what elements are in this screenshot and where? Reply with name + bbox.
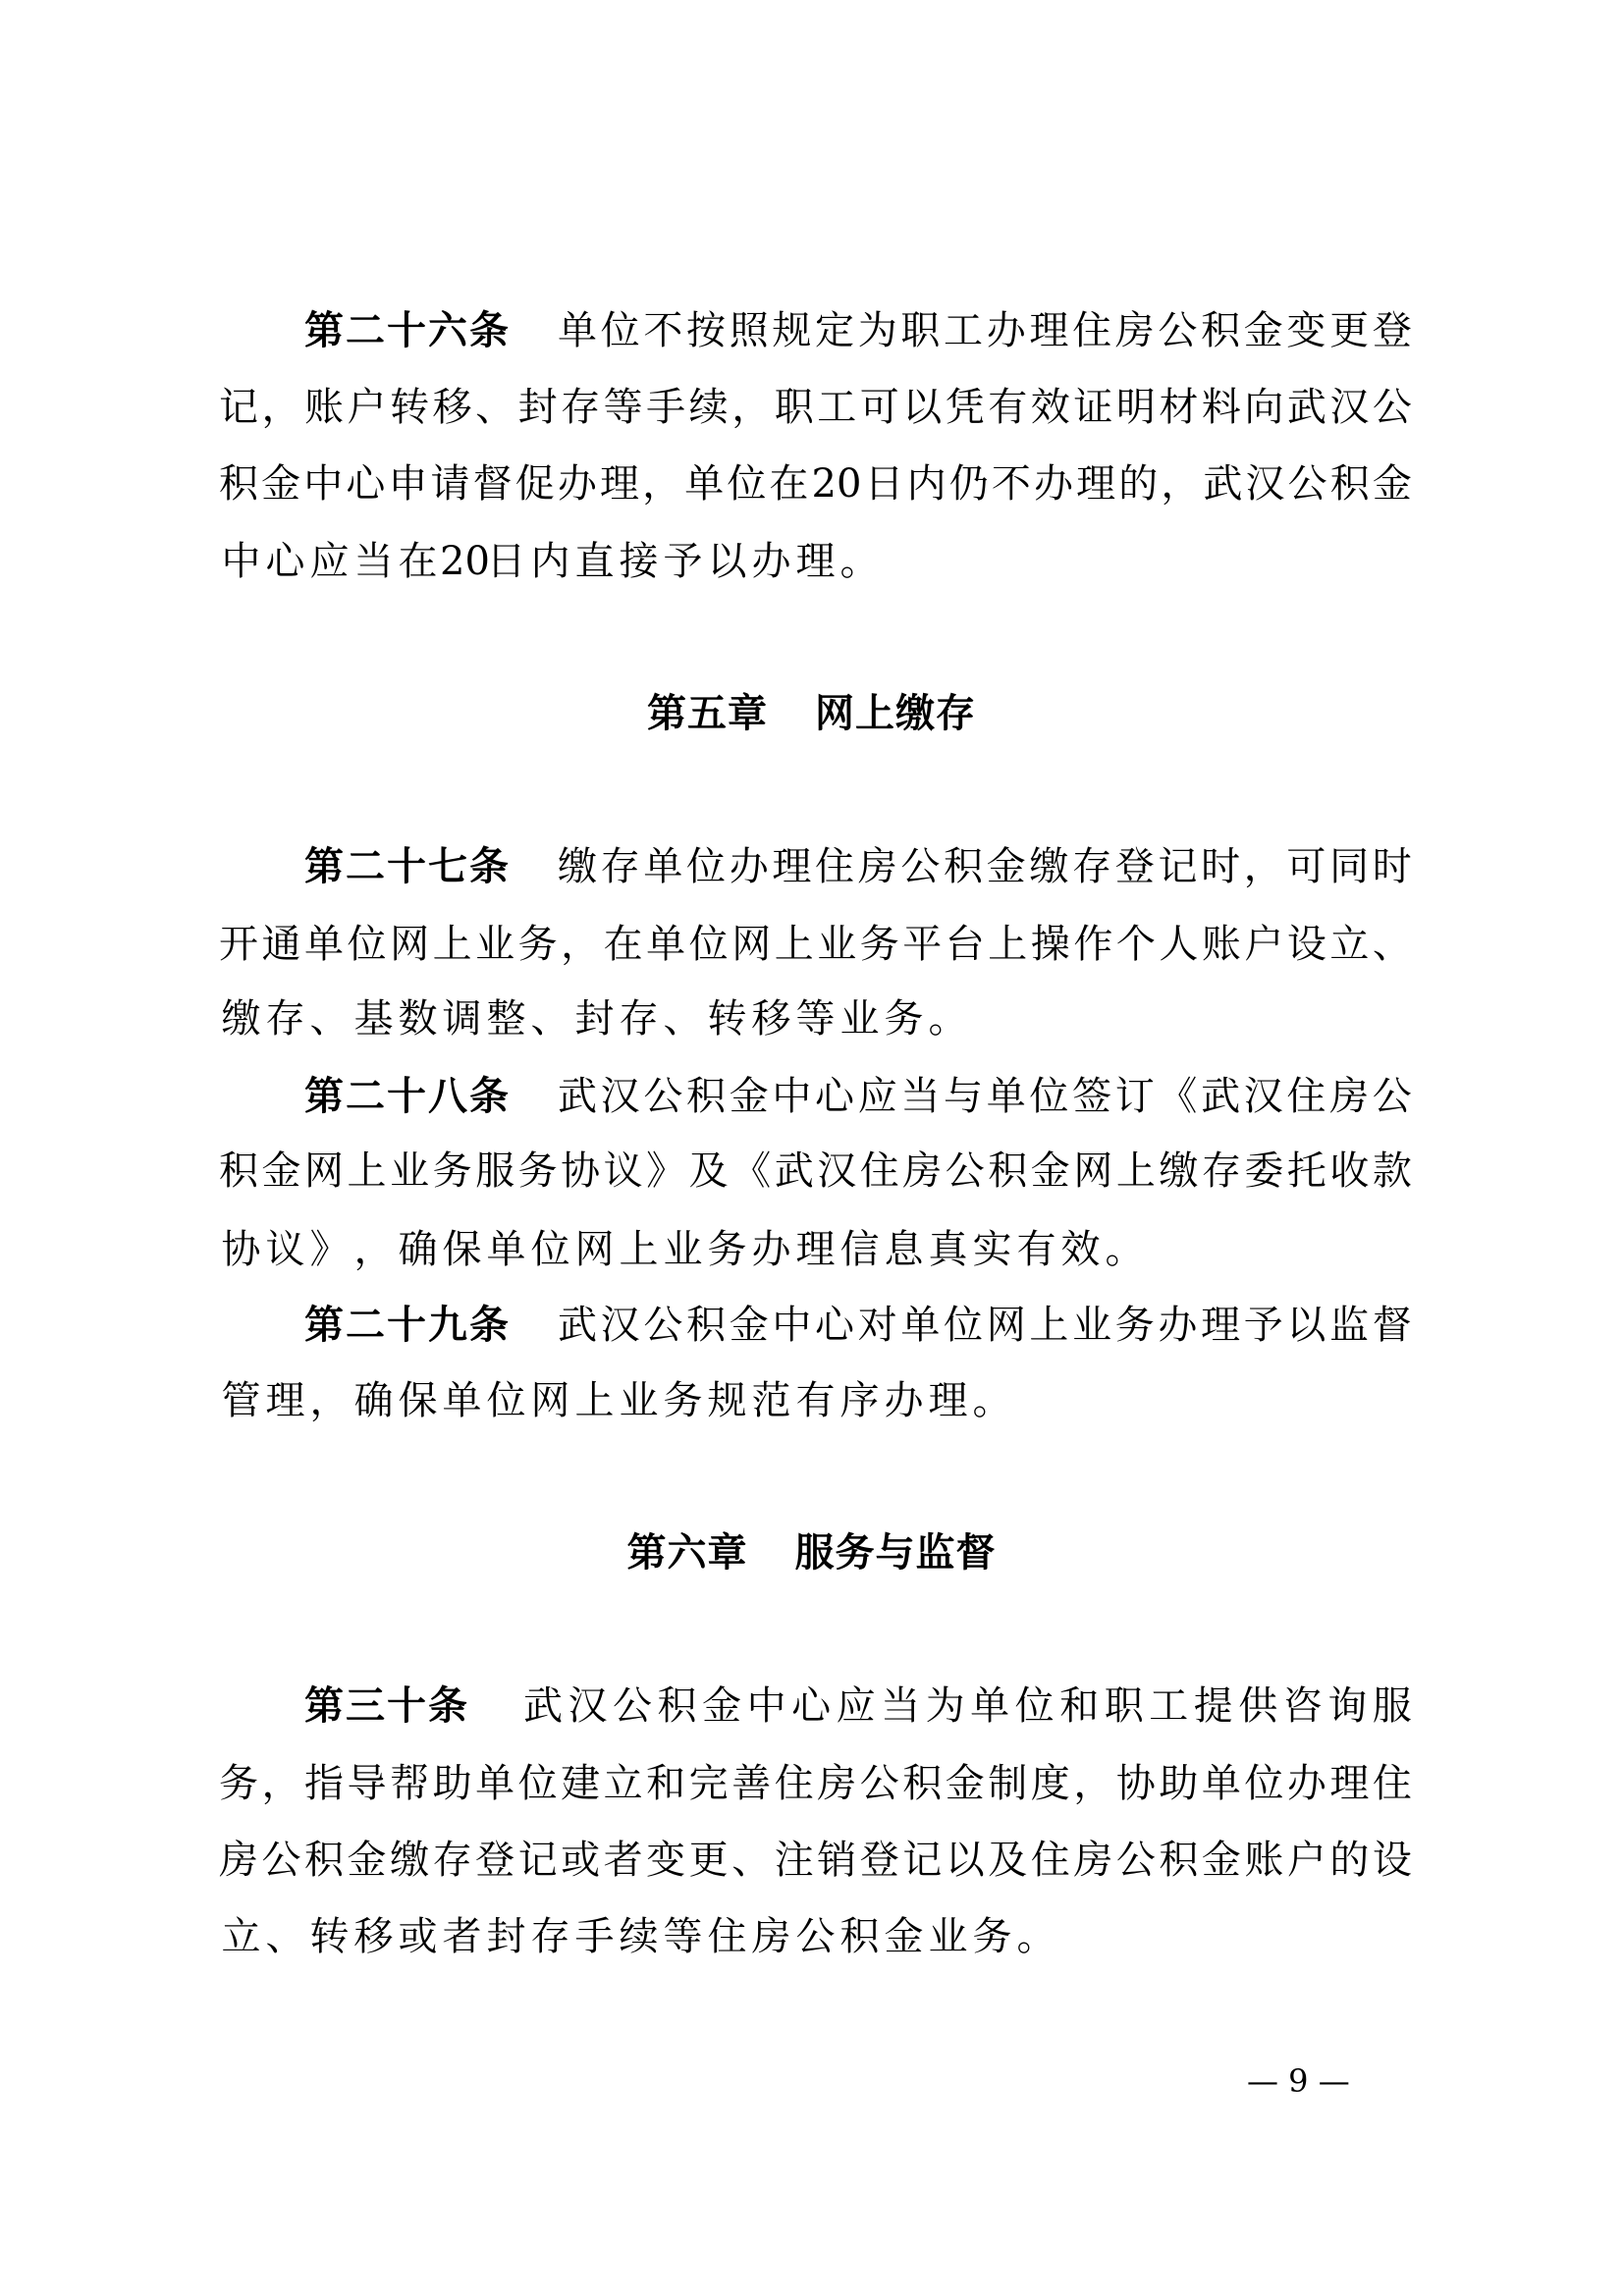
article-26-line-3: 积金中心申请督促办理，单位在20日内仍不办理的，武汉公积金 — [219, 460, 1412, 507]
article-28-line-3: 协议》，确保单位网上业务办理信息真实有效。 — [219, 1226, 1412, 1273]
article-29-line-2: 管理，确保单位网上业务规范有序办理。 — [219, 1377, 1412, 1424]
article-30-first-line: 第三十条 武汉公积金中心应当为单位和职工提供咨询服 — [219, 1682, 1412, 1730]
article-28-first-line: 第二十八条 武汉公积金中心应当与单位签订《武汉住房公 — [219, 1073, 1412, 1120]
page-number: — 9 — — [1247, 2059, 1350, 2103]
article-30-text: 武汉公积金中心应当为单位和职工提供咨询服 — [523, 1682, 1412, 1730]
article-30-line-2: 务，指导帮助单位建立和完善住房公积金制度，协助单位办理住 — [219, 1760, 1412, 1807]
chapter-6-label: 第六章 — [627, 1530, 748, 1575]
article-26-line-4: 中心应当在20日内直接予以办理。 — [219, 538, 1412, 585]
article-30-line-3: 房公积金缴存登记或者变更、注销登记以及住房公积金账户的设 — [219, 1837, 1412, 1884]
article-26-text: 单位不按照规定为职工办理住房公积金变更登 — [558, 307, 1412, 354]
article-27-label: 第二十七条 — [304, 843, 511, 890]
article-29-label: 第二十九条 — [304, 1302, 511, 1349]
article-27-first-line: 第二十七条 缴存单位办理住房公积金缴存登记时，可同时 — [219, 843, 1412, 890]
article-30-line-4: 立、转移或者封存手续等住房公积金业务。 — [219, 1913, 1412, 1960]
article-29-text: 武汉公积金中心对单位网上业务办理予以监督 — [558, 1302, 1412, 1349]
article-27-line-3: 缴存、基数调整、封存、转移等业务。 — [219, 995, 1412, 1042]
chapter-5-label: 第五章 — [647, 691, 768, 736]
article-28-line-2: 积金网上业务服务协议》及《武汉住房公积金网上缴存委托收款 — [219, 1148, 1412, 1195]
article-30-label: 第三十条 — [304, 1682, 469, 1730]
article-28-text: 武汉公积金中心应当与单位签订《武汉住房公 — [558, 1073, 1412, 1120]
article-26-line-2: 记，账户转移、封存等手续，职工可以凭有效证明材料向武汉公 — [219, 384, 1412, 431]
chapter-6-title: 服务与监督 — [795, 1530, 997, 1575]
article-29-first-line: 第二十九条 武汉公积金中心对单位网上业务办理予以监督 — [219, 1302, 1412, 1349]
chapter-6-heading: 第六章服务与监督 — [0, 1529, 1623, 1576]
document-page: 第二十六条 单位不按照规定为职工办理住房公积金变更登 记，账户转移、封存等手续，… — [0, 0, 1623, 2296]
chapter-5-title: 网上缴存 — [815, 691, 976, 736]
article-26-label: 第二十六条 — [304, 307, 511, 354]
chapter-5-heading: 第五章网上缴存 — [0, 690, 1623, 737]
article-26-first-line: 第二十六条 单位不按照规定为职工办理住房公积金变更登 — [219, 307, 1412, 354]
article-28-label: 第二十八条 — [304, 1073, 511, 1120]
article-27-line-2: 开通单位网上业务，在单位网上业务平台上操作个人账户设立、 — [219, 921, 1412, 968]
article-27-text: 缴存单位办理住房公积金缴存登记时，可同时 — [558, 843, 1412, 890]
